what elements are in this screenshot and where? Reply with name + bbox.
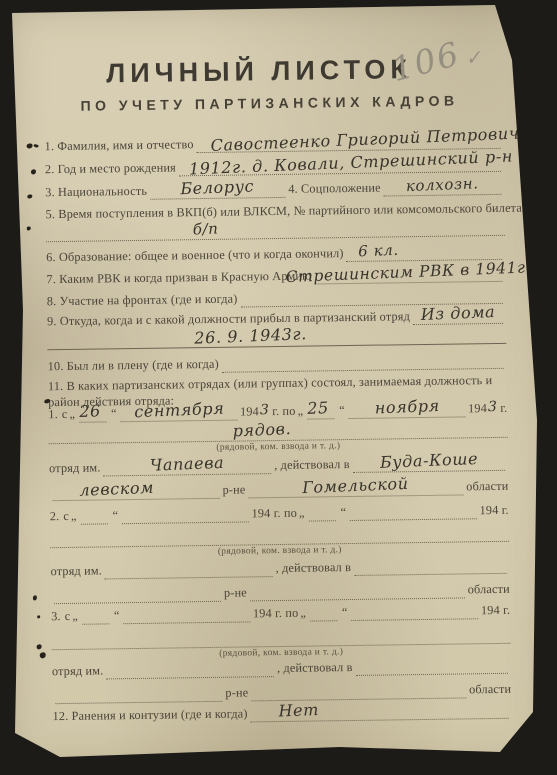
entry3-dates-row: 3. с „ “ 194 г. по „ “ 194 г. [51,603,510,625]
entry3-district-line [251,681,466,701]
entry3-quote-open: „ [70,609,79,625]
entry1-day-to-line: 25 [307,402,334,419]
entry3-year-prefix: 194 [253,606,272,620]
field-arrival-value: Из дома [420,302,495,324]
field-education-line: 6 кл. [346,243,502,262]
entry1-district-line: Гомельской [248,478,463,498]
field-education-label: 6. Образование: общее и военное (что и к… [46,246,344,266]
entry2-year-prefix: 194 [251,506,270,520]
entry1-district: Гомельской [302,474,409,497]
entry3-to-label: г. по [275,606,298,620]
field-arrival-date: 26. 9. 1943г. [194,324,307,348]
field-nationality-social: 3. Национальность Белорус 4. Соцположени… [45,179,504,201]
entry2-year-end: г. [502,503,509,517]
entry1-day-from: 26 [79,401,101,421]
entry3-unit-line [106,660,274,679]
entry2-day-from-line [80,507,107,524]
entry1-day-from-line: 26 [79,405,106,422]
entry1-year-to-group: 1943 г. [468,400,507,418]
field-nationality-line: Белорус [150,181,285,200]
entry3-month-to-line [351,602,478,621]
entry2-quote-open2: „ [297,506,306,522]
entry1-year-from-group: 1943 г. по [240,403,296,421]
punch-hole [27,194,32,198]
entry3-number: 3. [51,609,61,625]
entry3-day-to-line [310,604,337,621]
entry3-quote-close2: “ [340,605,349,621]
entry3-year-end: г. [503,603,510,617]
entry1-quote-close: “ [109,406,118,422]
entry1-unit-label: отряд им. [49,460,101,477]
entry2-day-to-line [308,504,335,521]
entry1-day-to: 25 [307,398,329,418]
entry1-area: Буда-Коше [379,449,478,472]
field-surname-label: 1. Фамилия, имя и отчество [45,137,194,155]
entry1-area2-line: левском [52,482,219,501]
entry3-day-from-line [82,607,109,624]
entry2-year-to-group: 194 г. [479,503,508,519]
entry1-year-prefix: 194 [240,404,259,418]
field-social-line: колхозн. [384,178,502,197]
entry1-district-label: р-не [222,482,245,498]
entry2-district-line [250,581,465,601]
field-nationality-value: Белорус [180,176,254,198]
entry1-month-from: сентября [133,399,224,422]
field-party-value-line: б/п [46,219,505,242]
field-rvk-label: 7. Каким РВК и когда призван в Красную А… [46,269,311,289]
form-content: ЛИЧНЫЙ ЛИСТОК 106 ✓ ПО УЧЕТУ ПАРТИЗАНСКИ… [0,0,557,775]
entry2-quote-open: „ [69,509,78,525]
entry3-region-label: области [469,682,511,699]
field-party-value: б/п [192,219,218,238]
entry1-area-line: Буда-Коше [353,454,506,473]
entry2-unit-row: отряд им. , действовал в [50,558,509,580]
entry2-number: 2. [50,509,60,525]
entry3-unit-row: отряд им. , действовал в [52,658,511,680]
ink-speck [33,144,39,148]
entry1-number: 1. [48,407,58,423]
entry1-quote-open2: „ [295,404,304,420]
entry1-rank: рядов. [232,419,291,440]
field-education-value: 6 кл. [358,241,399,261]
entry3-area2-line [55,685,222,704]
entry2-area-line [354,557,507,576]
entry1-month-to-line: ноября [349,400,466,419]
field-social-label: 4. Соцположение [288,181,381,198]
entry1-unit-row: отряд им. Чапаева , действовал в Буда-Ко… [49,455,508,477]
entry1-year-prefix2: 194 [468,401,487,415]
entry1-quote-open: „ [67,407,76,423]
entry3-acted-label: , действовал в [277,660,353,677]
entry1-unit-line: Чапаева [103,457,271,476]
field-captivity-label: 10. Был ли в плену (где и когда) [48,357,219,375]
entry2-district-row: р-не области [51,582,510,604]
entry1-year-end: г. [500,401,507,415]
entry1-month-to: ноября [374,396,440,418]
entry3-unit-label: отряд им. [52,663,104,680]
field-birth: 2. Год и место рождения 1912г. д. Ковали… [45,156,504,178]
entry2-quote-close: “ [110,508,119,524]
entry3-year-from-group: 194 г. по [253,606,299,623]
entry2-unit-label: отряд им. [50,563,102,580]
entry3-quote-close: “ [112,608,121,624]
entry2-to-label: г. по [274,506,297,520]
entry1-unit: Чапаева [150,453,225,475]
field-social-value: колхозн. [406,174,479,195]
field-arrival-line: Из дома [413,307,503,325]
punch-hole [33,595,37,600]
field-fronts-label: 8. Участие на фронтах (где и когда) [47,292,238,311]
field-captivity-line [222,352,504,373]
field-arrival-value-line: 26. 9. 1943г. [47,327,506,350]
field-wounds-label: 12. Ранения и контузии (где и когда) [52,706,247,725]
field-rvk-value: Стрешинским РВК в 1941г. [285,258,531,286]
entry2-month-to-line [350,502,477,521]
entry1-district-row: левском р-не Гомельской области [49,479,508,501]
field-nationality-label: 3. Национальность [45,184,147,201]
entry3-year-prefix2: 194 [481,603,500,617]
entry1-year-to: 3 [488,399,497,415]
entry2-region-label: области [468,582,510,599]
entry2-acted-label: , действовал в [276,560,352,577]
entry1-to-label: г. по [272,404,295,418]
entry3-quote-open2: „ [298,606,307,622]
field-wounds-line: Нет [250,702,508,723]
entry1-acted-label: , действовал в [274,457,350,474]
entry2-district-label: р-не [224,585,247,601]
field-birth-line: 1912г. д. Ковали, Стрешинский р-н [179,155,501,176]
punch-hole [27,143,33,148]
entry2-year-prefix2: 194 [479,503,498,517]
field-rvk: 7. Каким РВК и когда призван в Красную А… [46,266,505,288]
entry2-unit-line [105,560,273,579]
entry2-dates-row: 2. с „ “ 194 г. по „ “ 194 г. [50,503,509,525]
punch-hole [37,644,42,649]
entry3-month-from-line [123,605,250,624]
entry1-year-from: 3 [260,402,269,418]
entry3-area-line [355,657,508,676]
entry1-quote-close2: “ [337,403,346,419]
entry1-region-label: области [466,479,508,496]
field-wounds-value: Нет [278,700,319,721]
form-subtitle: ПО УЧЕТУ ПАРТИЗАНСКИХ КАДРОВ [26,92,513,115]
field-rvk-line: Стрешинским РВК в 1941г. [314,265,502,285]
entry3-district-label: р-не [225,685,248,701]
entry1-area2: левском [79,478,154,500]
ink-speck [37,615,40,618]
field-birth-label: 2. Год и место рождения [45,160,176,178]
punch-hole [31,169,36,174]
entry3-year-to-group: 194 г. [481,603,510,619]
entry2-quote-close2: “ [338,505,347,521]
field-wounds: 12. Ранения и контузии (где и когда) Нет [52,703,511,725]
scanned-paper-sheet: ЛИЧНЫЙ ЛИСТОК 106 ✓ ПО УЧЕТУ ПАРТИЗАНСКИ… [0,0,557,775]
pencil-checkmark: ✓ [464,46,483,70]
entry1-month-from-line: сентября [121,404,238,423]
entry2-month-from-line [122,505,249,524]
punch-hole [40,652,46,658]
entry2-area2-line [54,585,221,604]
punch-hole [27,226,31,230]
entry2-year-from-group: 194 г. по [251,506,297,523]
